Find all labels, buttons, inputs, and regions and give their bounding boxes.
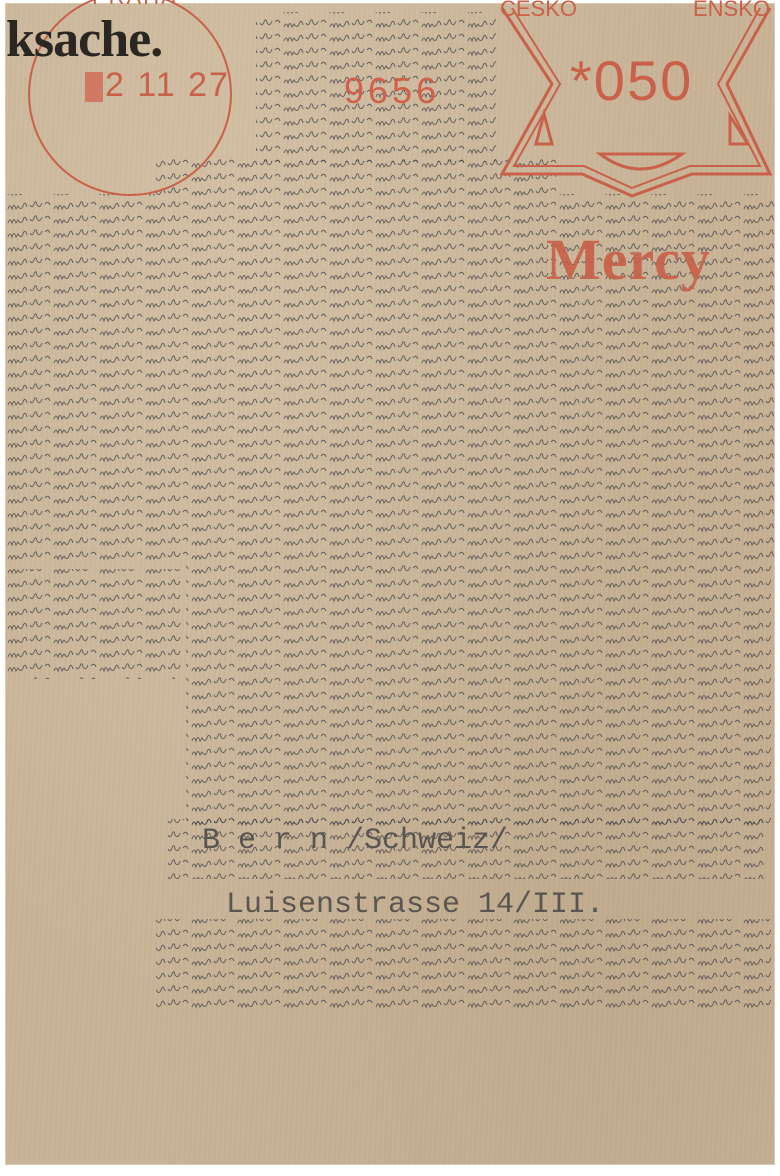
postcard-paper: PRAHA 2 11 27 ksache. 9656 ČESKO ENSKO *…	[6, 4, 774, 1164]
postmark-date-text: 2 11 27	[105, 66, 230, 104]
postmark-mark-icon	[85, 72, 103, 102]
postage-meter-stamp: ČESKO ENSKO *050	[492, 4, 774, 200]
printed-headline: ksache.	[6, 14, 162, 66]
meter-country-left: ČESKO	[500, 0, 577, 22]
brand-stamp: Mercy	[546, 226, 711, 293]
postmark-date: 2 11 27	[85, 66, 230, 105]
meter-value: *050	[570, 48, 693, 113]
serial-number: 9656	[344, 70, 440, 112]
postmark-city: PRAHA	[92, 0, 178, 10]
meter-country-right: ENSKO	[693, 0, 770, 22]
meter-country-text: ČESKO ENSKO	[500, 0, 770, 22]
address-street-line: Luisenstrasse 14/III.	[226, 888, 604, 922]
address-city-line: B e r n /Schweiz/	[202, 824, 508, 858]
